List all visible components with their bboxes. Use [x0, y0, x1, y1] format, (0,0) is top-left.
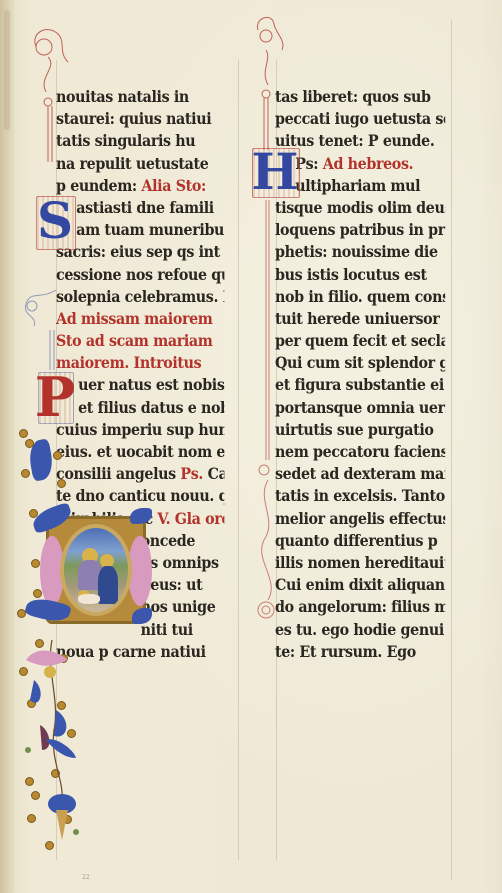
text-line: na repulit uetustate [56, 153, 224, 175]
manuscript-page: nouitas natalis in staurei: quius natiui… [0, 0, 502, 893]
rubric-line: Sto ad scam mariam [56, 330, 224, 352]
text-line: tuit herede uniuersor [275, 308, 445, 330]
text-line: et filius datus e nob. [56, 397, 224, 419]
figure-christ-child [78, 594, 100, 604]
text-line: Ps: Ad hebreos. [275, 153, 445, 175]
text-line: uitus tenet: P eunde. [275, 130, 445, 152]
text-line: peccati iugo uetusta ser [275, 108, 445, 130]
text-line: per quem fecit et secla. [275, 330, 445, 352]
text-line: uer natus est nobis. [56, 374, 224, 396]
rubric: V. Gla [157, 509, 200, 528]
right-text-column: tas liberet: quos sub peccati iugo uetus… [275, 86, 460, 663]
gold-bezant [32, 560, 39, 567]
text-line: cessione nos refoue qui [56, 264, 224, 286]
gold-bezant [26, 440, 33, 447]
rubric: Alia Sto: [141, 176, 205, 195]
initial-c-frame [60, 524, 132, 616]
gold-bezant [34, 590, 41, 597]
text-line: sedet ad dexteram maies [275, 463, 445, 485]
text-line: portansque omnia uerbo [275, 397, 445, 419]
rubric: oro [205, 509, 224, 528]
text-line: melior angelis effectus: [275, 508, 445, 530]
text-line: ultiphariam mul [275, 175, 445, 197]
text-line: solepnia celebramus. P [56, 286, 224, 308]
text-line: do angelorum: filius meus [275, 596, 445, 618]
gold-bezant [20, 430, 27, 437]
text-line: staurei: quius natiui [56, 108, 224, 130]
text-line: nob in filio. quem consti [275, 286, 445, 308]
initial-s: S [36, 192, 74, 248]
text-line: te dno canticu nouu. q [56, 485, 224, 507]
gold-bezant [54, 452, 61, 459]
floral-border-icon [16, 640, 86, 860]
rubric-line: Ad missam maiorem [56, 308, 224, 330]
text-line: cuius imperiu sup humer [56, 419, 224, 441]
text-line: illis nomen hereditauit. [275, 552, 445, 574]
rubric: Ps. [180, 464, 203, 483]
rubric: Ad hebreos. [323, 154, 413, 173]
text-line: phetis: nouissime die [275, 241, 445, 263]
text-line: consilii angelus Ps. Canta [56, 463, 224, 485]
initial-h: H [252, 144, 298, 198]
text-line: sacris: eius sep qs int [56, 241, 224, 263]
figure-virgin [98, 566, 118, 604]
text-segment: consilii angelus [56, 464, 176, 483]
text-line: Qui cum sit splendor glie [275, 352, 445, 374]
gold-bezant [22, 470, 29, 477]
text-line: tisque modis olim deus [275, 197, 445, 219]
gold-bezant [18, 610, 25, 617]
nativity-scene [64, 528, 128, 612]
text-line: tas liberet: quos sub [275, 86, 445, 108]
text-line: tatis singularis hu [56, 130, 224, 152]
text-line: nouitas natalis in [56, 86, 224, 108]
text-line: tatis in excelsis. Tanto [275, 485, 445, 507]
text-line: nem peccatoru faciens: [275, 441, 445, 463]
initial-p: P [36, 368, 74, 426]
gold-bezant [58, 480, 65, 487]
text-line: es tu. ego hodie genui [275, 619, 445, 641]
text-line: Cui enim dixit aliquan [275, 574, 445, 596]
text-line: uirtutis sue purgatio [275, 419, 445, 441]
text-line: bus istis locutus est [275, 264, 445, 286]
pen-flourish-icon [20, 280, 60, 370]
folio-mark: 22 [82, 874, 90, 881]
pen-flourish-icon [254, 200, 284, 640]
text-line: am tuam muneribus [56, 219, 224, 241]
rubric-line: maiorem. Introitus [56, 352, 224, 374]
text-line: te: Et rursum. Ego [275, 641, 445, 663]
gold-bezant [30, 510, 37, 517]
text-line: et figura substantie ei [275, 374, 445, 396]
text-line: loquens patribus in pro [275, 219, 445, 241]
text-line: p eundem: Alia Sto: [56, 175, 224, 197]
text-line: eius. et uocabit nom eius magni [56, 441, 224, 463]
gutter-binding [0, 0, 14, 893]
text-line: astiasti dne famili [56, 197, 224, 219]
text-line: quanto differentius p [275, 530, 445, 552]
text-segment: Canta [208, 464, 225, 483]
